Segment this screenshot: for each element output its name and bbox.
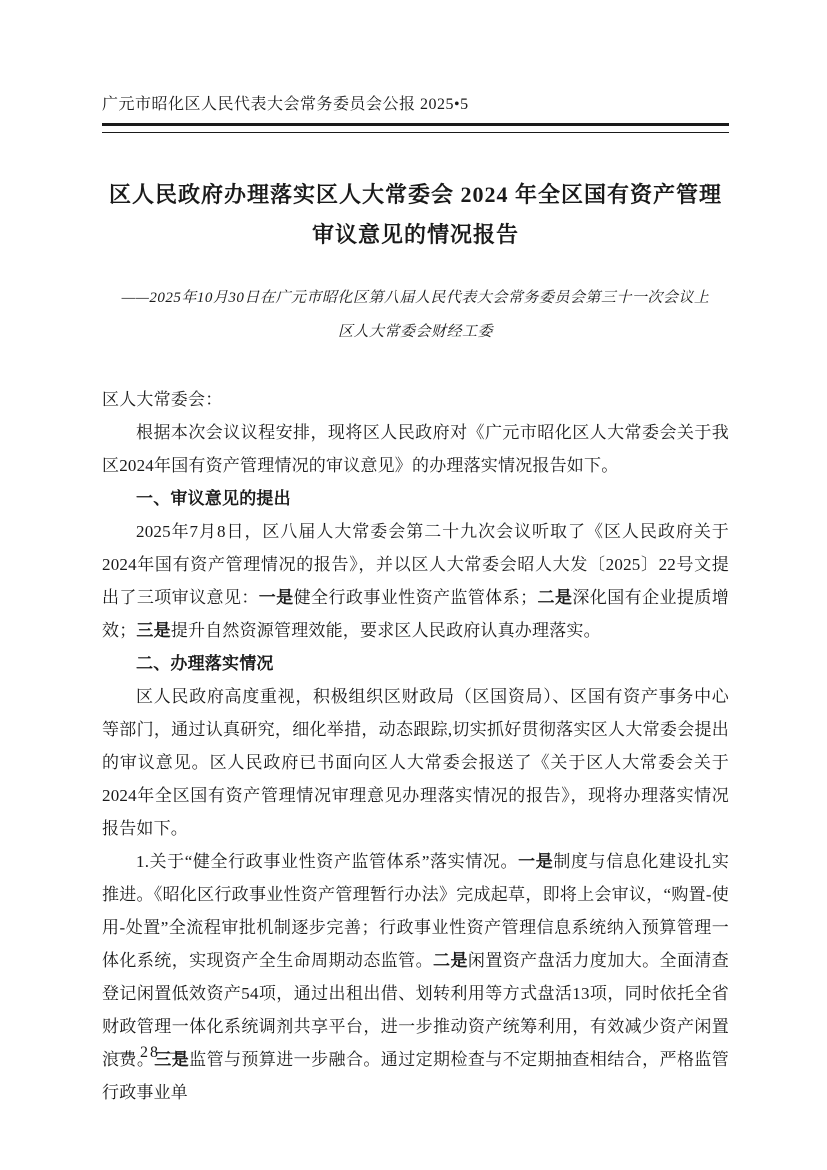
body-paragraph: 区人大常委会： [102, 383, 729, 416]
document-title-line1: 区人民政府办理落实区人大常委会 2024 年全区国有资产管理 [102, 175, 729, 215]
page-number: — 28 — [116, 1044, 184, 1062]
paragraph-text: 1.关于“健全行政事业性资产监管体系”落实情况。 [136, 852, 518, 871]
document-body: 区人大常委会：根据本次会议议程安排，现将区人民政府对《广元市昭化区人大常委会关于… [102, 383, 729, 1109]
body-paragraph: 根据本次会议议程安排，现将区人民政府对《广元市昭化区人大常委会关于我区2024年… [102, 416, 729, 482]
emphasis-text: 一是 [259, 588, 294, 607]
paragraph-text: 一、审议意见的提出 [136, 489, 291, 508]
section-heading: 二、办理落实情况 [102, 647, 729, 680]
section-heading: 一、审议意见的提出 [102, 482, 729, 515]
subtitle-author-line: 区人大常委会财经工委 [102, 315, 729, 349]
page-content: 广元市昭化区人民代表大会常务委员会公报 2025•5 区人民政府办理落实区人大常… [0, 0, 827, 1109]
running-head: 广元市昭化区人民代表大会常务委员会公报 2025•5 [102, 0, 729, 116]
paragraph-text: 区人大常委会： [102, 390, 222, 409]
subtitle-meeting-line: ——2025年10月30日在广元市昭化区第八届人民代表大会常务委员会第三十一次会… [102, 281, 729, 315]
header-rule [102, 123, 729, 133]
paragraph-text: 健全行政事业性资产监管体系； [294, 588, 538, 607]
paragraph-text: 根据本次会议议程安排，现将区人民政府对《广元市昭化区人大常委会关于我区2024年… [102, 423, 729, 475]
paragraph-text: 监管与预算进一步融合。通过定期检查与不定期抽查相结合，严格监管行政事业单 [102, 1050, 729, 1102]
paragraph-text: 二、办理落实情况 [136, 654, 274, 673]
body-paragraph: 2025年7月8日，区八届人大常委会第二十九次会议听取了《区人民政府关于2024… [102, 515, 729, 647]
document-title-line2: 审议意见的情况报告 [102, 215, 729, 255]
document-subtitle: ——2025年10月30日在广元市昭化区第八届人民代表大会常务委员会第三十一次会… [102, 281, 729, 349]
emphasis-text: 三是 [136, 621, 170, 640]
body-paragraph: 区人民政府高度重视，积极组织区财政局（区国资局）、区国有资产事务中心等部门，通过… [102, 680, 729, 845]
emphasis-text: 二是 [537, 588, 572, 607]
emphasis-text: 一是 [518, 852, 553, 871]
body-paragraph: 1.关于“健全行政事业性资产监管体系”落实情况。一是制度与信息化建设扎实推进。《… [102, 845, 729, 1109]
paragraph-text: 区人民政府高度重视，积极组织区财政局（区国资局）、区国有资产事务中心等部门，通过… [102, 687, 729, 838]
paragraph-text: 提升自然资源管理效能，要求区人民政府认真办理落实。 [171, 621, 601, 640]
gazette-title-text: 广元市昭化区人民代表大会常务委员会公报 2025•5 [102, 96, 469, 113]
emphasis-text: 二是 [433, 951, 468, 970]
document-title: 区人民政府办理落实区人大常委会 2024 年全区国有资产管理 审议意见的情况报告 [102, 175, 729, 255]
gazette-page: 广元市昭化区人民代表大会常务委员会公报 2025•5 区人民政府办理落实区人大常… [0, 0, 827, 1170]
